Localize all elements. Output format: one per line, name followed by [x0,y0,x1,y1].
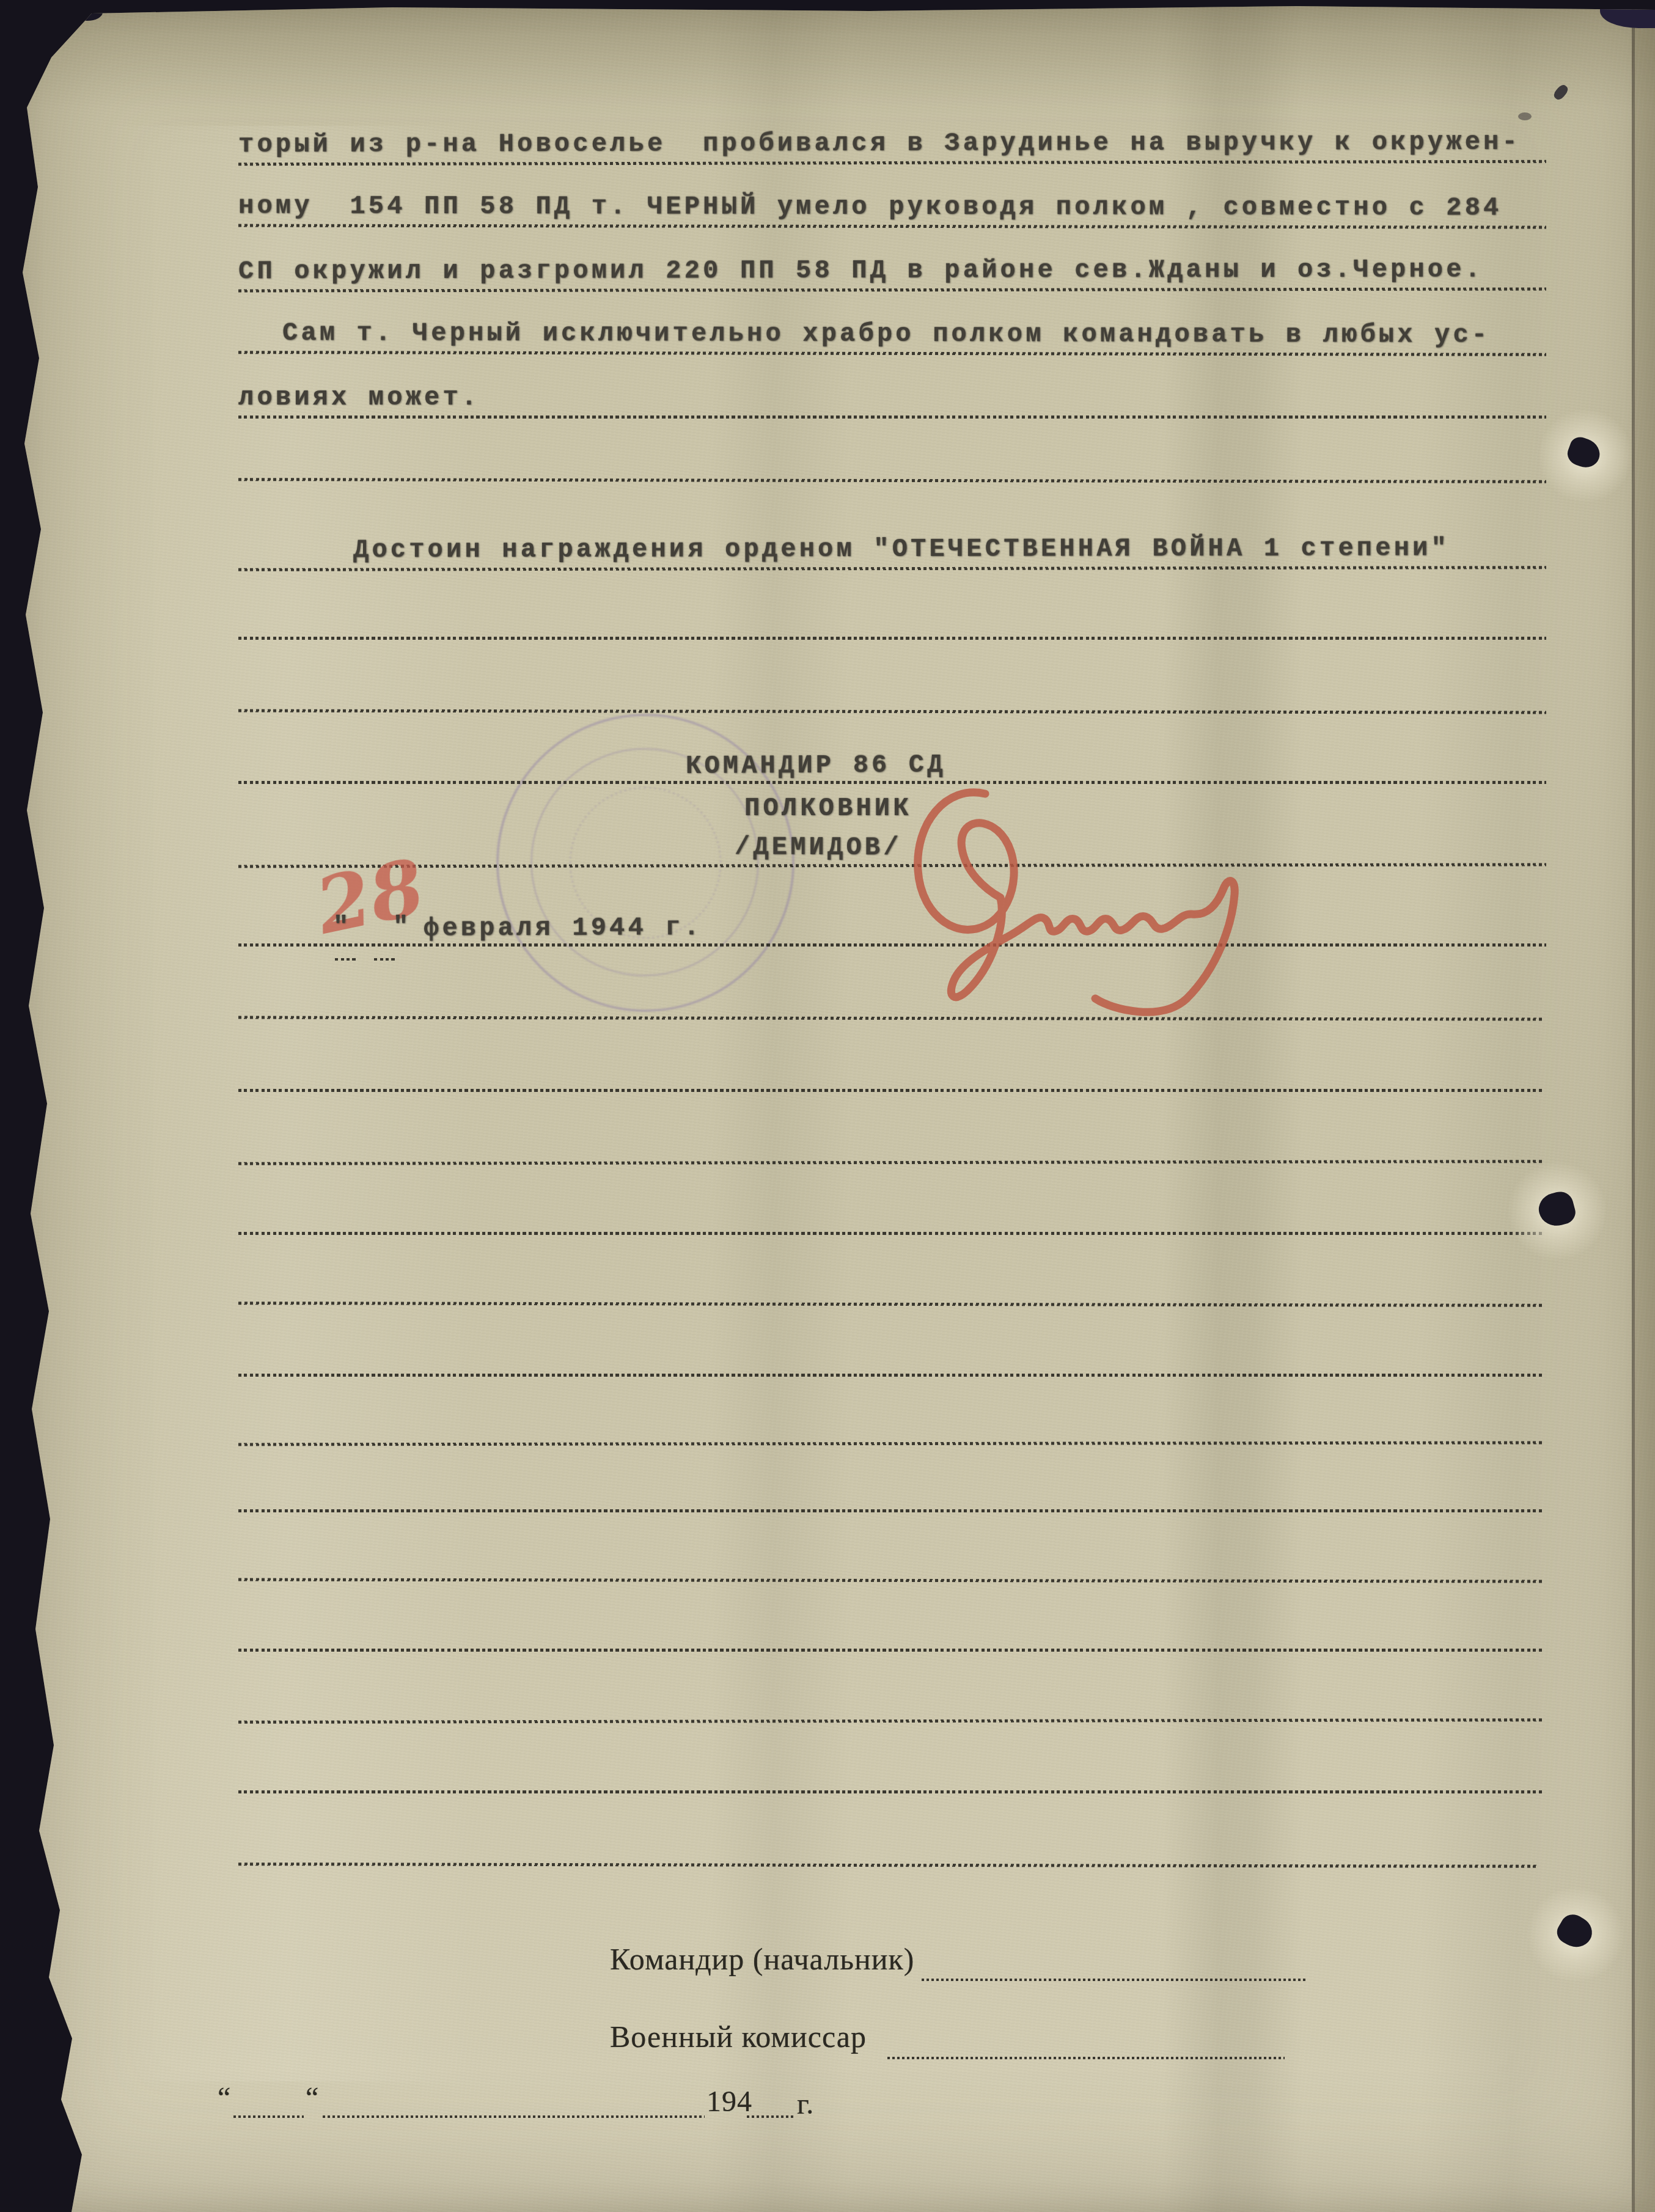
typed-line-text: торый из р-на Новоселье пробивался в Зар… [238,128,1521,159]
scan-band-bottom [13,2038,1655,2212]
footer-commander-label: Командир (начальник) [610,1944,914,1974]
footer-close-quote: “ [306,2084,319,2113]
dotted-rule [238,637,1546,640]
footer-year-suffix: г. [797,2090,814,2119]
award-line-text: Достоин награждения орденом "ОТЕЧЕСТВЕНН… [353,533,1450,565]
dotted-rule [238,1649,1543,1652]
typed-line-text: ловиях может. [238,383,480,412]
dotted-rule [233,2115,304,2118]
dotted-rule [238,566,1546,571]
page-right-edge-line [1632,4,1635,2212]
dotted-rule [238,1790,1543,1793]
scan-band-top [13,4,1655,108]
dotted-rule [238,1232,1543,1235]
signature-rank-line: ПОЛКОВНИК [744,796,912,821]
date-text: февраля 1944 г. [424,915,702,942]
footer-year-suffix-text: г. [797,2088,814,2120]
dotted-rule [238,1374,1543,1377]
typed-line-text: СП окружил и разгромил 220 ПП 58 ПД в ра… [238,255,1483,287]
footer-commissar-text: Военный комиссар [610,2020,867,2054]
dotted-rule [238,943,1546,947]
edge-tear-mark [72,4,103,21]
typed-line-text: Сам т. Черный исключительно храбро полко… [282,318,1490,350]
signature-name-text: /ДЕМИДОВ/ [735,833,902,863]
dotted-rule [238,224,1546,229]
signature-stroke [918,793,1235,1012]
dotted-rule [238,478,1546,483]
typed-tick [335,958,356,961]
dotted-rule [238,288,1546,293]
typed-tick [374,958,395,961]
page-right-edge-shade [1635,4,1655,2212]
signature-name-line: /ДЕМИДОВ/ [735,835,902,861]
date-close-quote: " [393,914,411,940]
dotted-rule [238,1578,1543,1583]
award-line: Достоин награждения орденом "ОТЕЧЕСТВЕНН… [353,535,1450,563]
footer-open-quote-text: “ [218,2082,231,2114]
footer-commissar-label: Военный комиссар [610,2021,867,2052]
footer-year: 194 [706,2087,752,2117]
typed-line: торый из р-на Новоселье пробивался в Зар… [238,130,1521,158]
date-close-quote-text: " [393,912,411,942]
corner-tear [1600,4,1655,28]
dotted-rule [238,1862,1537,1868]
dotted-rule [238,1718,1543,1724]
edge-tear-mark [1518,112,1532,120]
date-open-quote-text: " [333,912,351,942]
dotted-rule [238,1160,1543,1165]
footer-commander-text: Командир (начальник) [610,1942,914,1976]
dotted-rule [238,709,1546,714]
dotted-rule [238,1089,1543,1092]
typed-line: СП окружил и разгромил 220 ПП 58 ПД в ра… [238,257,1483,285]
footer-open-quote: “ [218,2084,231,2113]
handwritten-day-text: 28 [309,841,432,951]
dotted-rule [922,1979,1307,1981]
footer-year-text: 194 [706,2086,752,2118]
dotted-rule [238,1016,1543,1021]
date-open-quote: " [333,914,351,940]
typed-line: Сам т. Черный исключительно храбро полко… [282,320,1490,348]
scan-streak-light [99,126,478,2081]
dotted-rule [323,2115,705,2118]
dotted-rule [238,1441,1543,1446]
dotted-rule [238,1302,1543,1307]
dotted-rule [747,2115,793,2118]
dotted-rule [887,2057,1285,2059]
typed-line: ловиях может. [238,385,480,411]
footer-close-quote-text: “ [306,2082,319,2114]
date-text-value: февраля 1944 г. [424,913,702,943]
dotted-rule [238,863,1546,868]
dotted-rule [238,160,1546,166]
dotted-rule [238,1509,1543,1512]
dotted-rule [238,416,1546,419]
handwritten-day: 28 [310,848,431,945]
typed-line-text: ному 154 ПП 58 ПД т. ЧЕРНЫЙ умело руково… [238,192,1502,223]
dotted-rule [238,781,1546,784]
signature-autograph [894,766,1321,1023]
signature-rank-text: ПОЛКОВНИК [744,794,912,823]
edge-tear-mark [1552,83,1570,101]
dotted-rule [238,351,1546,356]
document-page: торый из р-на Новоселье пробивался в Зар… [13,4,1655,2212]
typed-line: ному 154 ПП 58 ПД т. ЧЕРНЫЙ умело руково… [238,194,1502,221]
